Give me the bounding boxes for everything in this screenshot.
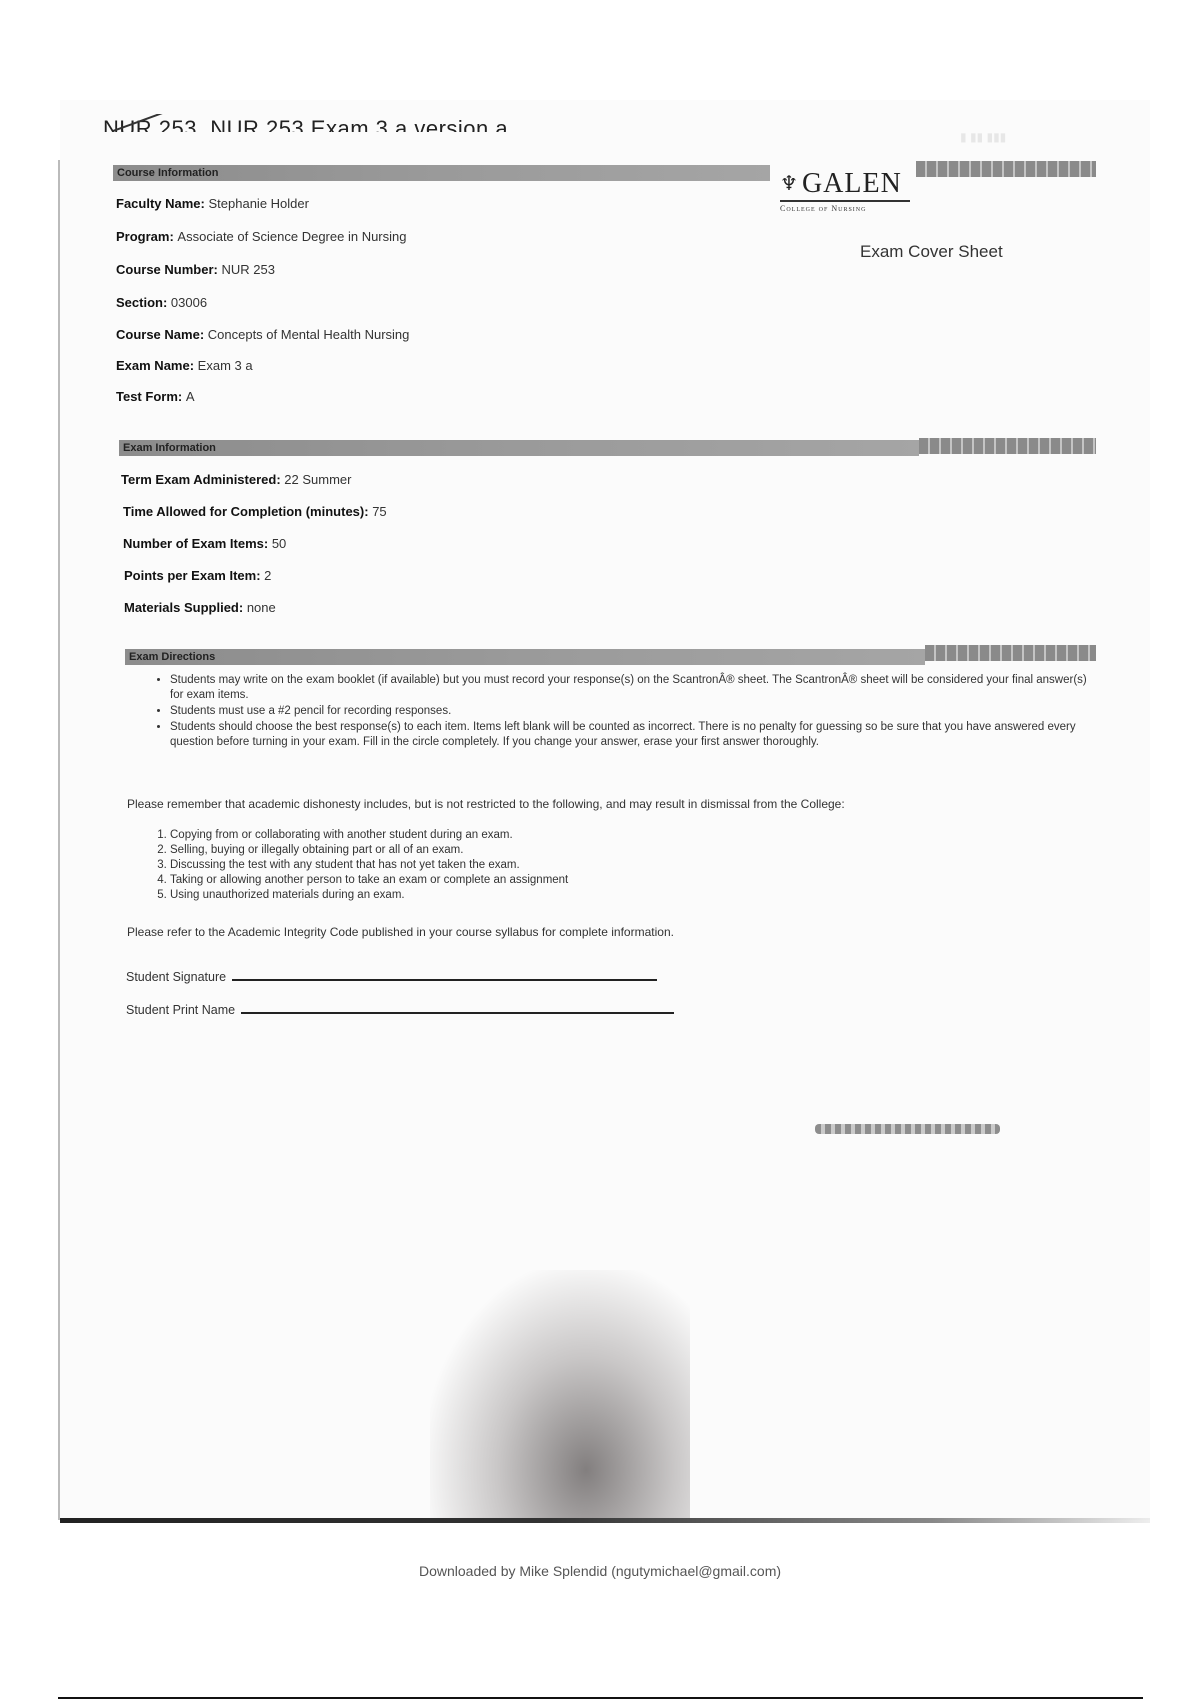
logo-subtitle: College of Nursing	[780, 204, 910, 213]
field-course-number: Course Number: NUR 253	[116, 262, 275, 277]
print-name-line[interactable]	[241, 1012, 674, 1014]
dishonesty-item: Using unauthorized materials during an e…	[170, 888, 568, 903]
field-number-of-items: Number of Exam Items: 50	[123, 536, 286, 551]
download-note: Downloaded by Mike Splendid (ngutymichae…	[0, 1563, 1200, 1579]
direction-item: Students may write on the exam booklet (…	[170, 673, 1088, 703]
course-information-heading: Course Information	[113, 165, 770, 181]
signature-label: Student Signature	[126, 970, 226, 984]
header-title-text: NUR 253, NUR 253 Exam 3 a version a	[103, 116, 508, 132]
bleed-through-text: ▮ ▮▮ ▮▮▮	[960, 130, 1006, 144]
integrity-note: Please refer to the Academic Integrity C…	[127, 925, 674, 939]
dishonesty-item: Discussing the test with any student tha…	[170, 858, 568, 873]
field-program: Program: Associate of Science Degree in …	[116, 229, 406, 244]
page-left-edge	[58, 160, 60, 1520]
dishonesty-list: Copying from or collaborating with anoth…	[128, 828, 568, 903]
logo-name: GALEN	[802, 170, 902, 198]
field-points-per-item: Points per Exam Item: 2	[124, 568, 271, 583]
field-section: Section: 03006	[116, 295, 207, 310]
student-signature-field[interactable]: Student Signature	[126, 970, 657, 984]
dishonesty-item: Copying from or collaborating with anoth…	[170, 828, 568, 843]
field-materials-supplied: Materials Supplied: none	[124, 600, 276, 615]
document-header-title: NUR 253, NUR 253 Exam 3 a version a	[103, 114, 508, 132]
dishonesty-item: Taking or allowing another person to tak…	[170, 873, 568, 888]
direction-item: Students should choose the best response…	[170, 720, 1088, 750]
field-exam-name: Exam Name: Exam 3 a	[116, 358, 253, 373]
handwritten-scribble	[815, 1124, 1000, 1134]
page-bottom-edge	[60, 1518, 1150, 1523]
exam-information-heading: Exam Information	[119, 440, 919, 456]
decorative-barcode-strip	[919, 438, 1096, 454]
exam-directions-heading: Exam Directions	[125, 649, 925, 665]
thumb-shadow	[430, 1270, 690, 1520]
field-faculty-name: Faculty Name: Stephanie Holder	[116, 196, 309, 211]
print-name-label: Student Print Name	[126, 1003, 235, 1017]
direction-item: Students must use a #2 pencil for record…	[170, 704, 1088, 719]
exam-directions-list: Students may write on the exam booklet (…	[128, 673, 1088, 751]
student-print-name-field[interactable]: Student Print Name	[126, 1003, 674, 1017]
decorative-barcode-strip	[916, 161, 1096, 177]
galen-logo: ♆GALEN College of Nursing	[780, 170, 910, 213]
field-course-name: Course Name: Concepts of Mental Health N…	[116, 327, 409, 342]
lamp-icon: ♆	[780, 170, 799, 198]
bottom-rule	[58, 1697, 1143, 1699]
dishonesty-item: Selling, buying or illegally obtaining p…	[170, 843, 568, 858]
dishonesty-intro: Please remember that academic dishonesty…	[127, 797, 845, 811]
field-term-exam-administered: Term Exam Administered: 22 Summer	[121, 472, 351, 487]
logo-rule	[780, 200, 910, 202]
decorative-barcode-strip	[925, 645, 1096, 661]
exam-cover-sheet-title: Exam Cover Sheet	[860, 242, 1003, 262]
field-time-allowed: Time Allowed for Completion (minutes): 7…	[123, 504, 387, 519]
field-test-form: Test Form: A	[116, 389, 195, 404]
signature-line[interactable]	[232, 979, 657, 981]
